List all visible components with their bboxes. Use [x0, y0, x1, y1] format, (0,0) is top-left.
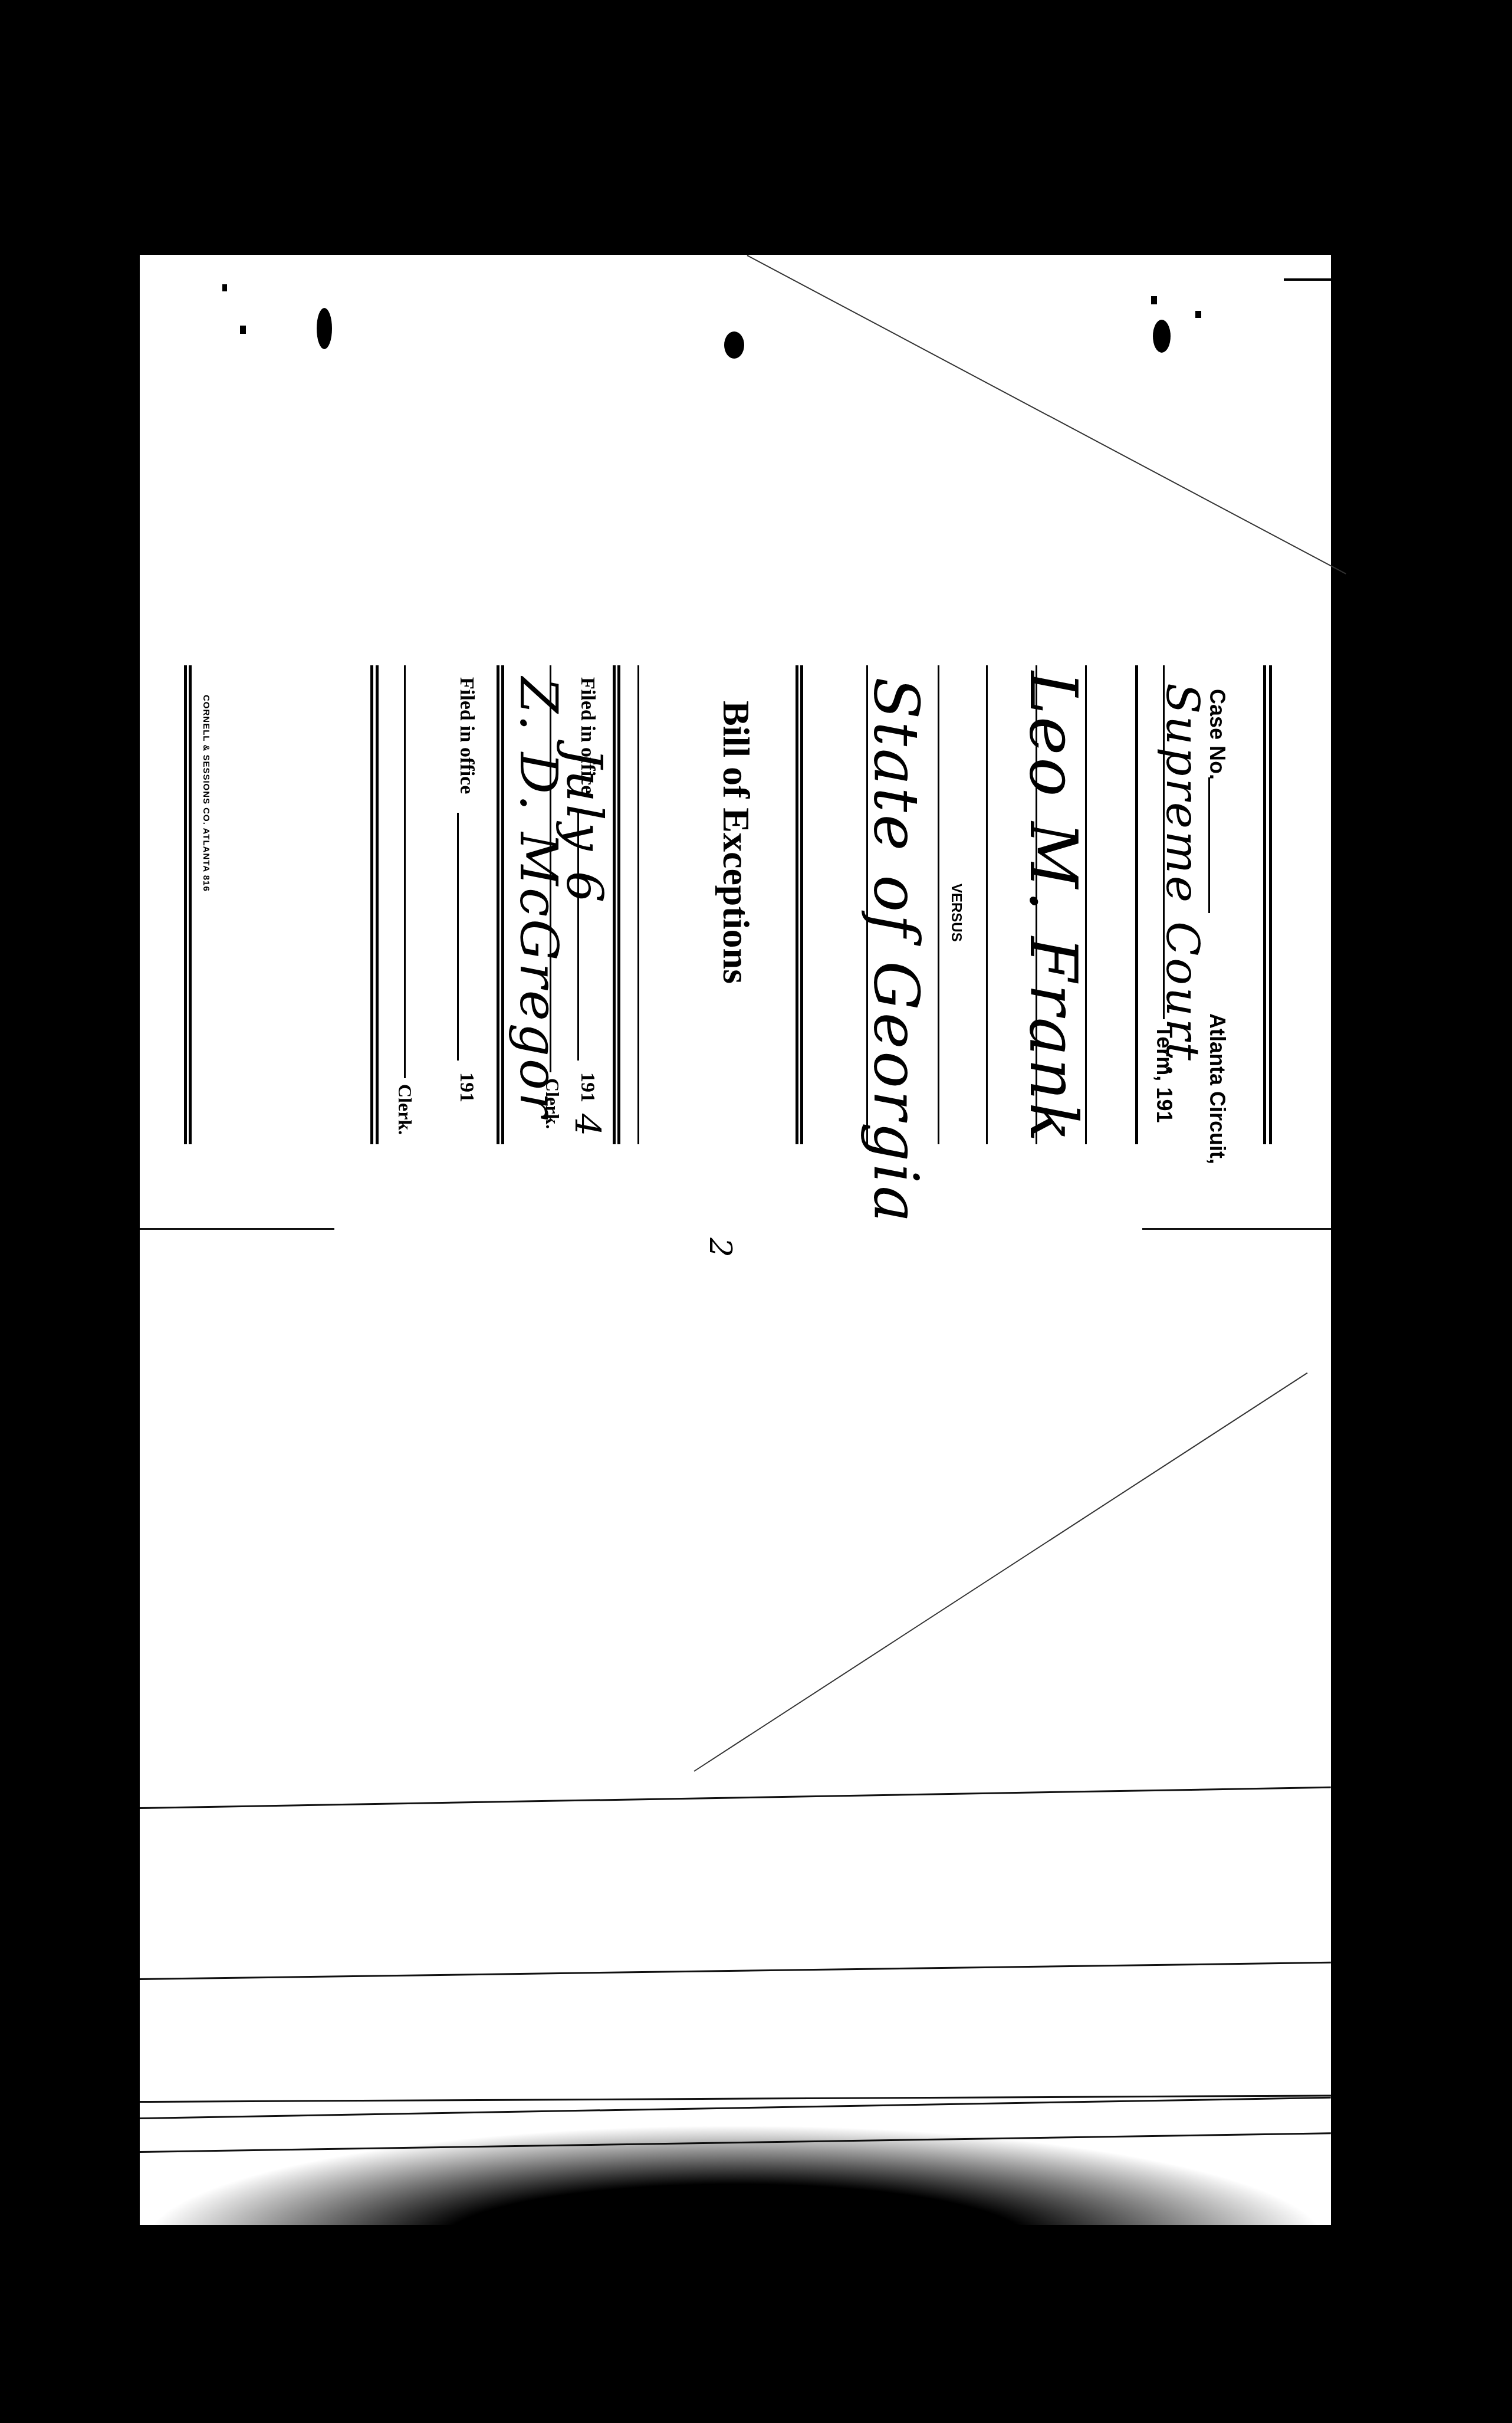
document-title: Bill of Exceptions [714, 701, 758, 984]
plaintiff-name-handwritten: Leo M. Frank [1015, 671, 1091, 1144]
fold-line [693, 1373, 1307, 1772]
defendant-line [866, 665, 868, 1144]
page-annotation: 2 [702, 1237, 738, 1259]
punch-hole [724, 331, 744, 359]
term-label: Term, 191 [1152, 1025, 1176, 1122]
filed-2-clerk-label: Clerk. [394, 1084, 416, 1135]
form-rule [1135, 665, 1138, 1144]
defendant-name-handwritten: State of Georgia [860, 677, 932, 1224]
punch-hole [1153, 320, 1171, 353]
ruled-line [140, 1787, 1331, 1809]
form-rule [497, 665, 499, 1144]
form-rule [370, 665, 373, 1144]
document-paper: 2 [140, 255, 1331, 2225]
filed-2-label: Filed in office [455, 677, 478, 794]
filed-1-clerk-label: Clerk. [541, 1078, 563, 1129]
ruled-line [1142, 1228, 1331, 1230]
filed-2-date-field [457, 813, 459, 1061]
term-field [1163, 665, 1165, 1019]
versus-label: VERSUS [948, 884, 964, 942]
case-form: Case No. Atlanta Circuit, Supreme Court.… [177, 665, 1286, 1144]
form-rule [938, 665, 939, 1144]
form-rule [796, 665, 798, 1144]
filed-1-year-label: 191 [576, 1072, 599, 1102]
form-rule [637, 665, 639, 1144]
filed-1-year-handwritten: 4 [566, 1114, 607, 1138]
form-rule [376, 665, 379, 1144]
filed-2-clerk-field [404, 665, 406, 1078]
form-rule [189, 665, 192, 1144]
form-rule [800, 665, 803, 1144]
form-rule [501, 665, 504, 1144]
scan-speck [1151, 296, 1157, 304]
scan-speck [1195, 311, 1201, 318]
ruled-line [140, 1228, 334, 1230]
printer-imprint: CORNELL & SESSIONS CO. ATLANTA 816 [201, 695, 211, 892]
ruled-line [140, 1962, 1331, 1980]
scan-speck [1284, 278, 1331, 281]
plaintiff-line [1036, 665, 1037, 1144]
form-rule [1263, 665, 1266, 1144]
filed-1-clerk-signature: Z. D. McGregor [508, 677, 569, 1119]
fold-line [747, 255, 1346, 574]
filed-2-year-label: 191 [455, 1072, 478, 1102]
form-rule [184, 665, 187, 1144]
form-rule [1269, 665, 1272, 1144]
ruled-line [140, 2132, 1331, 2153]
punch-hole [317, 308, 332, 349]
scan-speck [222, 284, 227, 291]
form-rule [617, 665, 620, 1144]
form-rule [986, 665, 988, 1144]
scan-speck [240, 326, 246, 334]
